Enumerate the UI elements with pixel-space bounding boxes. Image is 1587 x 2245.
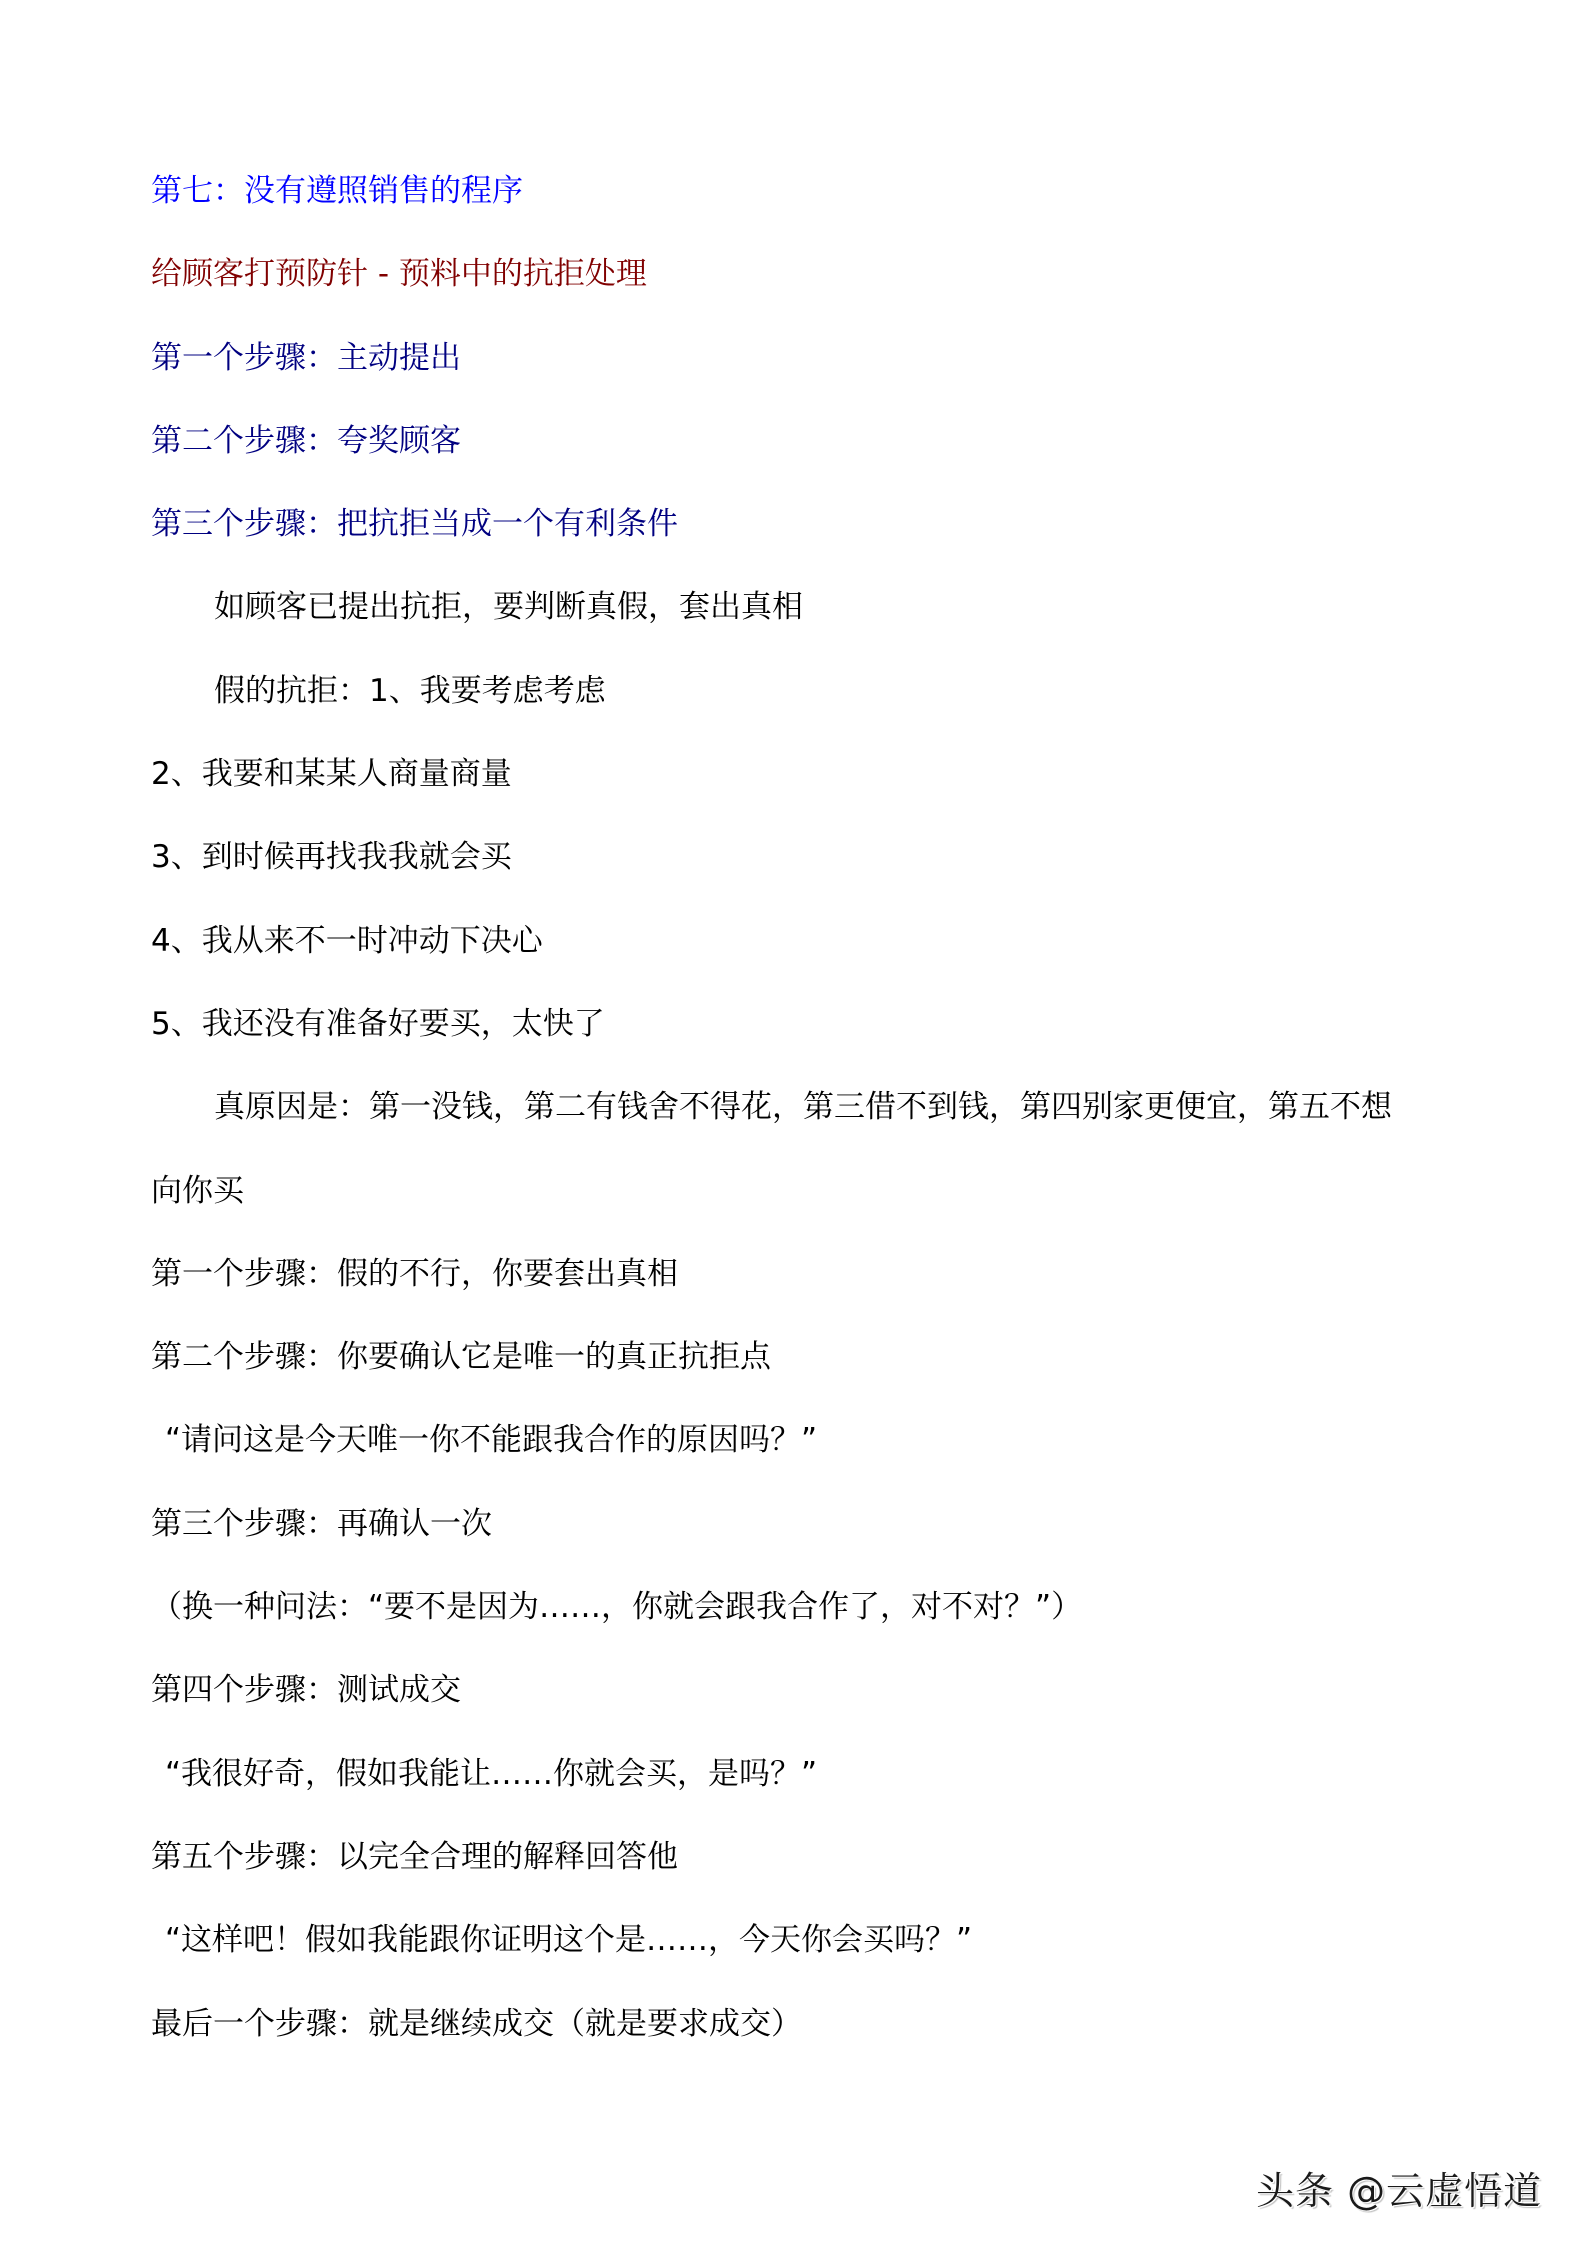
watermark: 头条 @云虚悟道 [1256,2166,1542,2216]
section-subheading: 给顾客打预防针 - 预料中的抗拒处理 [151,233,1451,316]
section-heading: 第七：没有遵照销售的程序 [151,150,1451,233]
handling-step-2-script: “请问这是今天唯一你不能跟我合作的原因吗？” [151,1399,1451,1482]
fake-objection-item: 4、我从来不一时冲动下决心 [151,900,1451,983]
judge-line: 如顾客已提出抗拒，要判断真假，套出真相 [151,566,1451,649]
handling-step-4-script: “我很好奇，假如我能让……你就会买，是吗？” [151,1733,1451,1816]
handling-step-5: 第五个步骤：以完全合理的解释回答他 [151,1816,1451,1899]
fake-objection-item: 5、我还没有准备好要买，太快了 [151,983,1451,1066]
intro-step-1: 第一个步骤：主动提出 [151,317,1451,400]
fake-objection-item: 2、我要和某某人商量商量 [151,733,1451,816]
handling-step-final: 最后一个步骤：就是继续成交（就是要求成交） [151,1983,1451,2066]
fake-objections-label: 假的抗拒：1、我要考虑考虑 [151,650,1451,733]
handling-step-3: 第三个步骤：再确认一次 [151,1483,1451,1566]
intro-step-3: 第三个步骤：把抗拒当成一个有利条件 [151,483,1451,566]
handling-step-5-script: “这样吧！假如我能跟你证明这个是……，今天你会买吗？” [151,1899,1451,1982]
real-reasons-line-1: 真原因是：第一没钱，第二有钱舍不得花，第三借不到钱，第四别家更便宜，第五不想 [151,1066,1451,1149]
handling-step-1: 第一个步骤：假的不行，你要套出真相 [151,1233,1451,1316]
handling-step-2: 第二个步骤：你要确认它是唯一的真正抗拒点 [151,1316,1451,1399]
real-reasons-line-2: 向你买 [151,1150,1451,1233]
handling-step-4: 第四个步骤：测试成交 [151,1649,1451,1732]
document-body: 第七：没有遵照销售的程序 给顾客打预防针 - 预料中的抗拒处理 第一个步骤：主动… [151,150,1451,2066]
intro-step-2: 第二个步骤：夸奖顾客 [151,400,1451,483]
fake-objection-item: 3、到时候再找我我就会买 [151,816,1451,899]
handling-step-3-script: （换一种问法：“要不是因为……，你就会跟我合作了，对不对？”） [151,1566,1451,1649]
